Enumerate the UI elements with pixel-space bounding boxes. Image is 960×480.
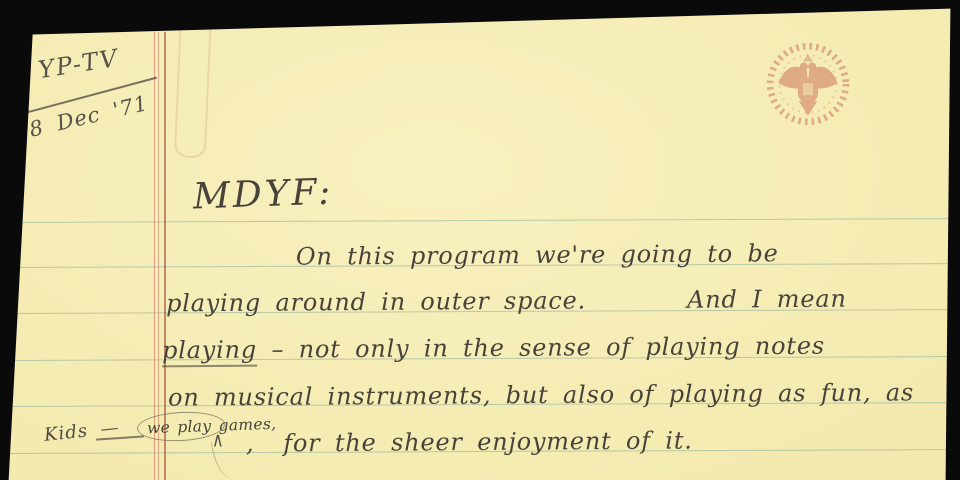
- margin-note-kids: Kids —: [43, 417, 120, 446]
- underlined-word: playing: [162, 336, 257, 368]
- photo-background: YP-TV 18 Dec '71 MDYF: On this program w…: [0, 0, 960, 480]
- ruled-line: [10, 218, 948, 223]
- body-line-3-rest: – not only in the sense of playing notes: [257, 332, 825, 364]
- show-code-note: YP-TV: [36, 44, 121, 84]
- salutation: MDYF:: [192, 172, 334, 218]
- body-line-2: playing around in outer space. And I mea…: [166, 285, 847, 318]
- eagle-emblem: [778, 54, 837, 115]
- date-note: 18 Dec '71: [13, 91, 151, 145]
- body-line-5: , for the sheer enjoyment of it.: [246, 426, 693, 457]
- body-line-4: on musical instruments, but also of play…: [168, 378, 914, 411]
- paperclip-imprint: [174, 7, 213, 158]
- insertion-connector-line: [211, 438, 241, 480]
- body-line-1: On this program we're going to be: [296, 239, 779, 270]
- body-line-3: playing – not only in the sense of playi…: [162, 332, 825, 365]
- circular-red-ink-seal-icon: [762, 38, 854, 130]
- margin-rule: [158, 32, 159, 480]
- notepad-page: YP-TV 18 Dec '71 MDYF: On this program w…: [0, 0, 960, 480]
- margin-rule: [154, 32, 155, 480]
